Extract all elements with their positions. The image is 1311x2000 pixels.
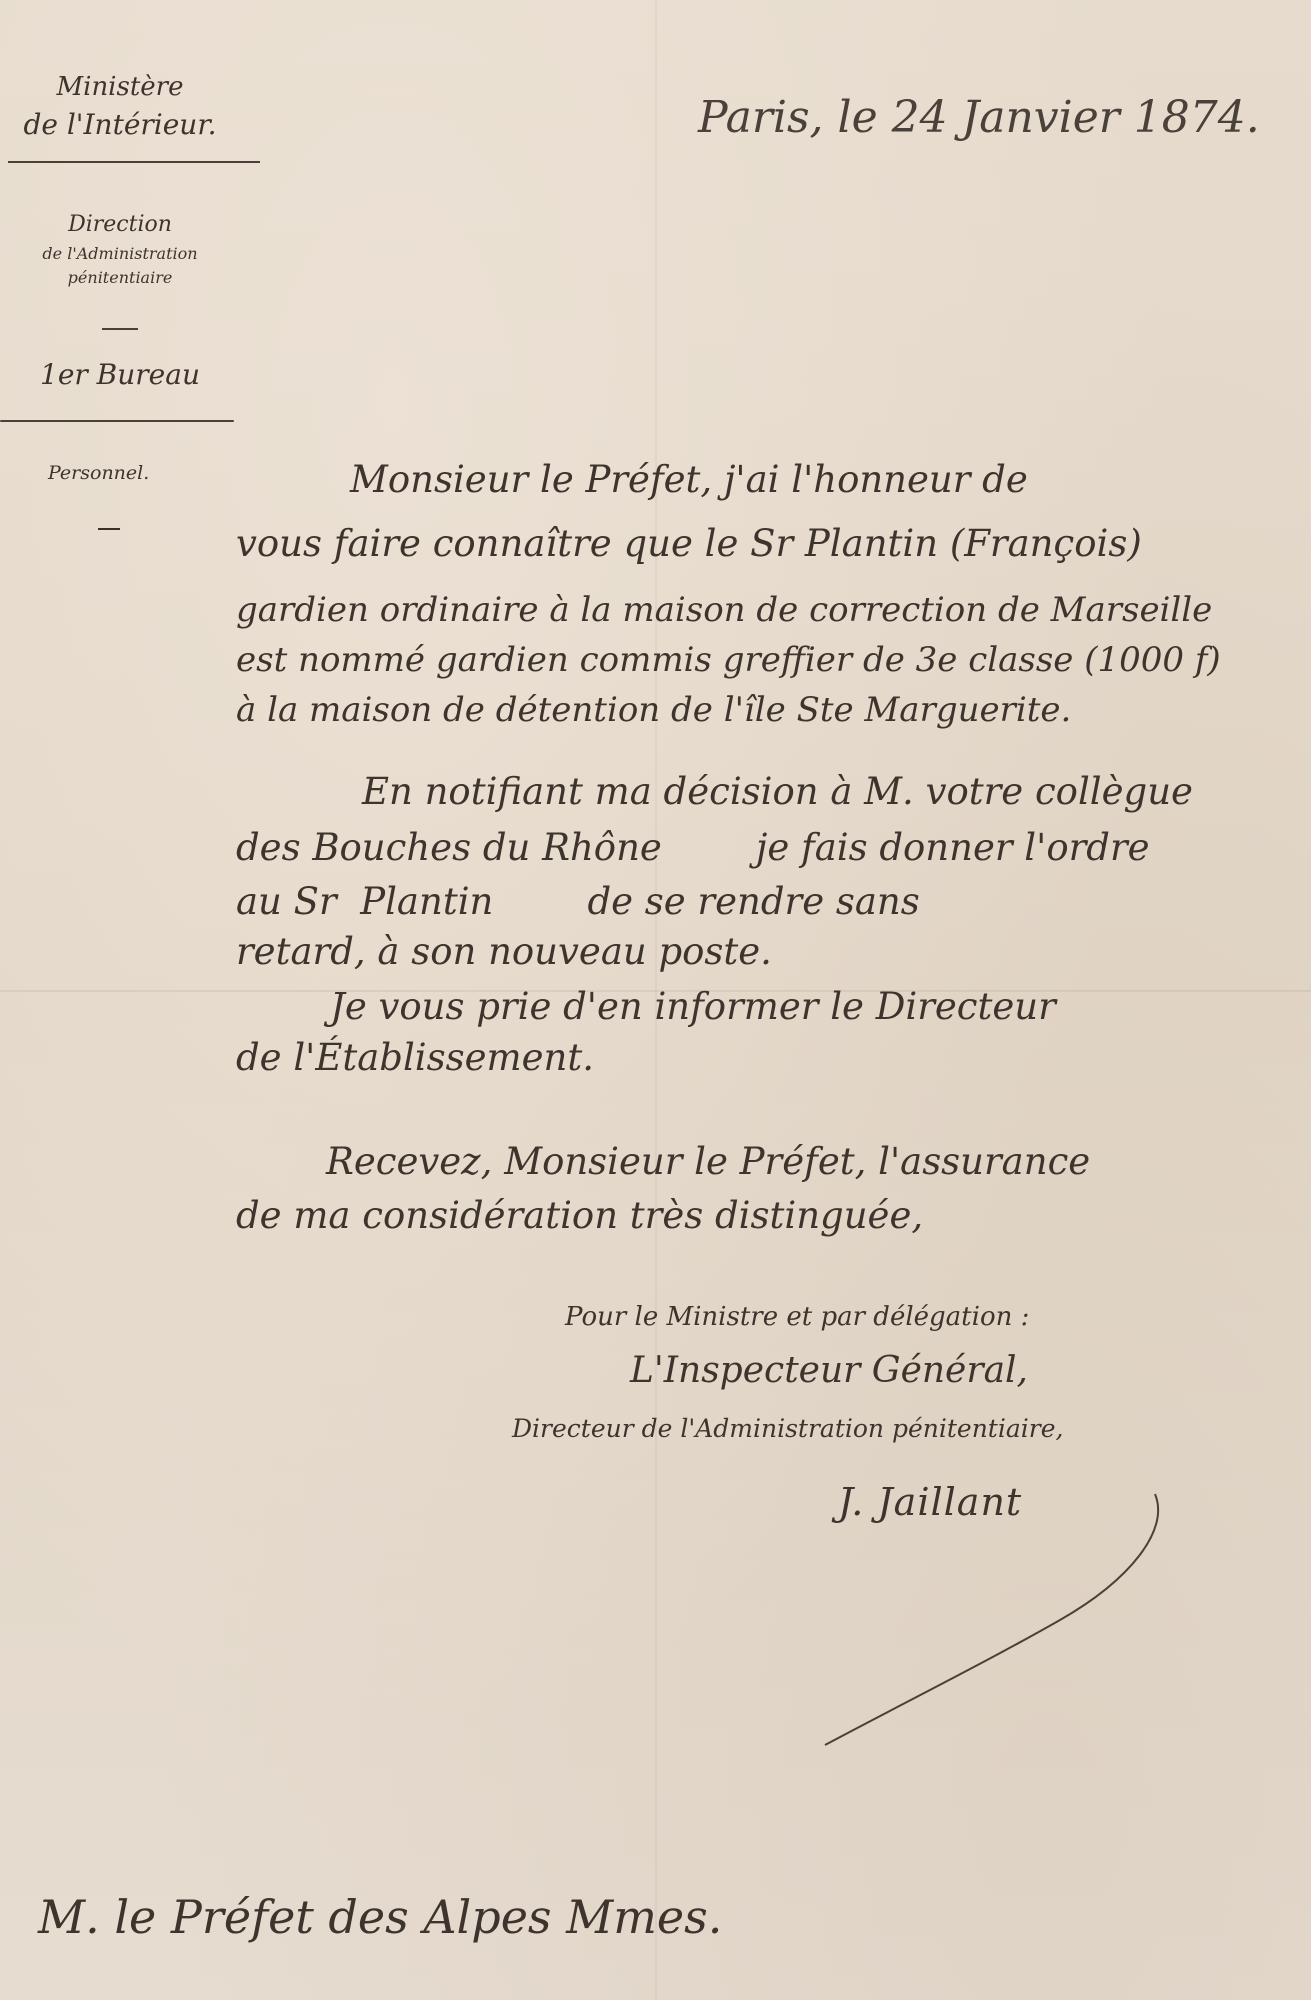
subject-label: Personnel.	[48, 462, 149, 484]
body-line: au Sr Plantin de se rendre sans	[236, 880, 920, 923]
direction-title: Direction	[0, 212, 240, 237]
body-line: vous faire connaître que le Sr Plantin (…	[236, 522, 1142, 565]
divider	[102, 328, 138, 330]
body-line: En notifiant ma décision à M. votre coll…	[362, 770, 1193, 813]
ministry-subtitle: de l'Intérieur.	[0, 108, 240, 141]
letter-page: Ministère de l'Intérieur. Direction de l…	[0, 0, 1311, 2000]
body-line: retard, à son nouveau poste.	[236, 930, 772, 973]
body-line: Je vous prie d'en informer le Directeur	[330, 985, 1056, 1028]
divider	[0, 420, 234, 422]
direction-subtitle-2: pénitentiaire	[0, 268, 240, 287]
ministry-title: Ministère	[0, 72, 240, 102]
bureau-label: 1er Bureau	[0, 358, 240, 391]
body-line: des Bouches du Rhône je fais donner l'or…	[236, 826, 1150, 869]
closing-delegation: Pour le Ministre et par délégation :	[565, 1302, 1029, 1332]
closing-title: L'Inspecteur Général,	[630, 1350, 1028, 1391]
direction-subtitle: de l'Administration	[0, 244, 240, 263]
dateline: Paris, le 24 Janvier 1874.	[698, 92, 1260, 143]
body-line: est nommé gardien commis greffier de 3e …	[236, 640, 1221, 680]
signature-flourish-icon	[800, 1490, 1180, 1750]
body-line: de ma considération très distinguée,	[236, 1194, 923, 1237]
body-line: de l'Établissement.	[236, 1036, 594, 1079]
addressee: M. le Préfet des Alpes Mmes.	[38, 1890, 722, 1944]
closing-role: Directeur de l'Administration pénitentia…	[512, 1414, 1063, 1443]
body-line: Recevez, Monsieur le Préfet, l'assurance	[326, 1140, 1090, 1183]
divider	[98, 528, 120, 530]
divider	[8, 161, 260, 163]
body-line: à la maison de détention de l'île Ste Ma…	[236, 690, 1071, 730]
body-line: Monsieur le Préfet, j'ai l'honneur de	[350, 458, 1028, 501]
body-line: gardien ordinaire à la maison de correct…	[236, 590, 1212, 630]
